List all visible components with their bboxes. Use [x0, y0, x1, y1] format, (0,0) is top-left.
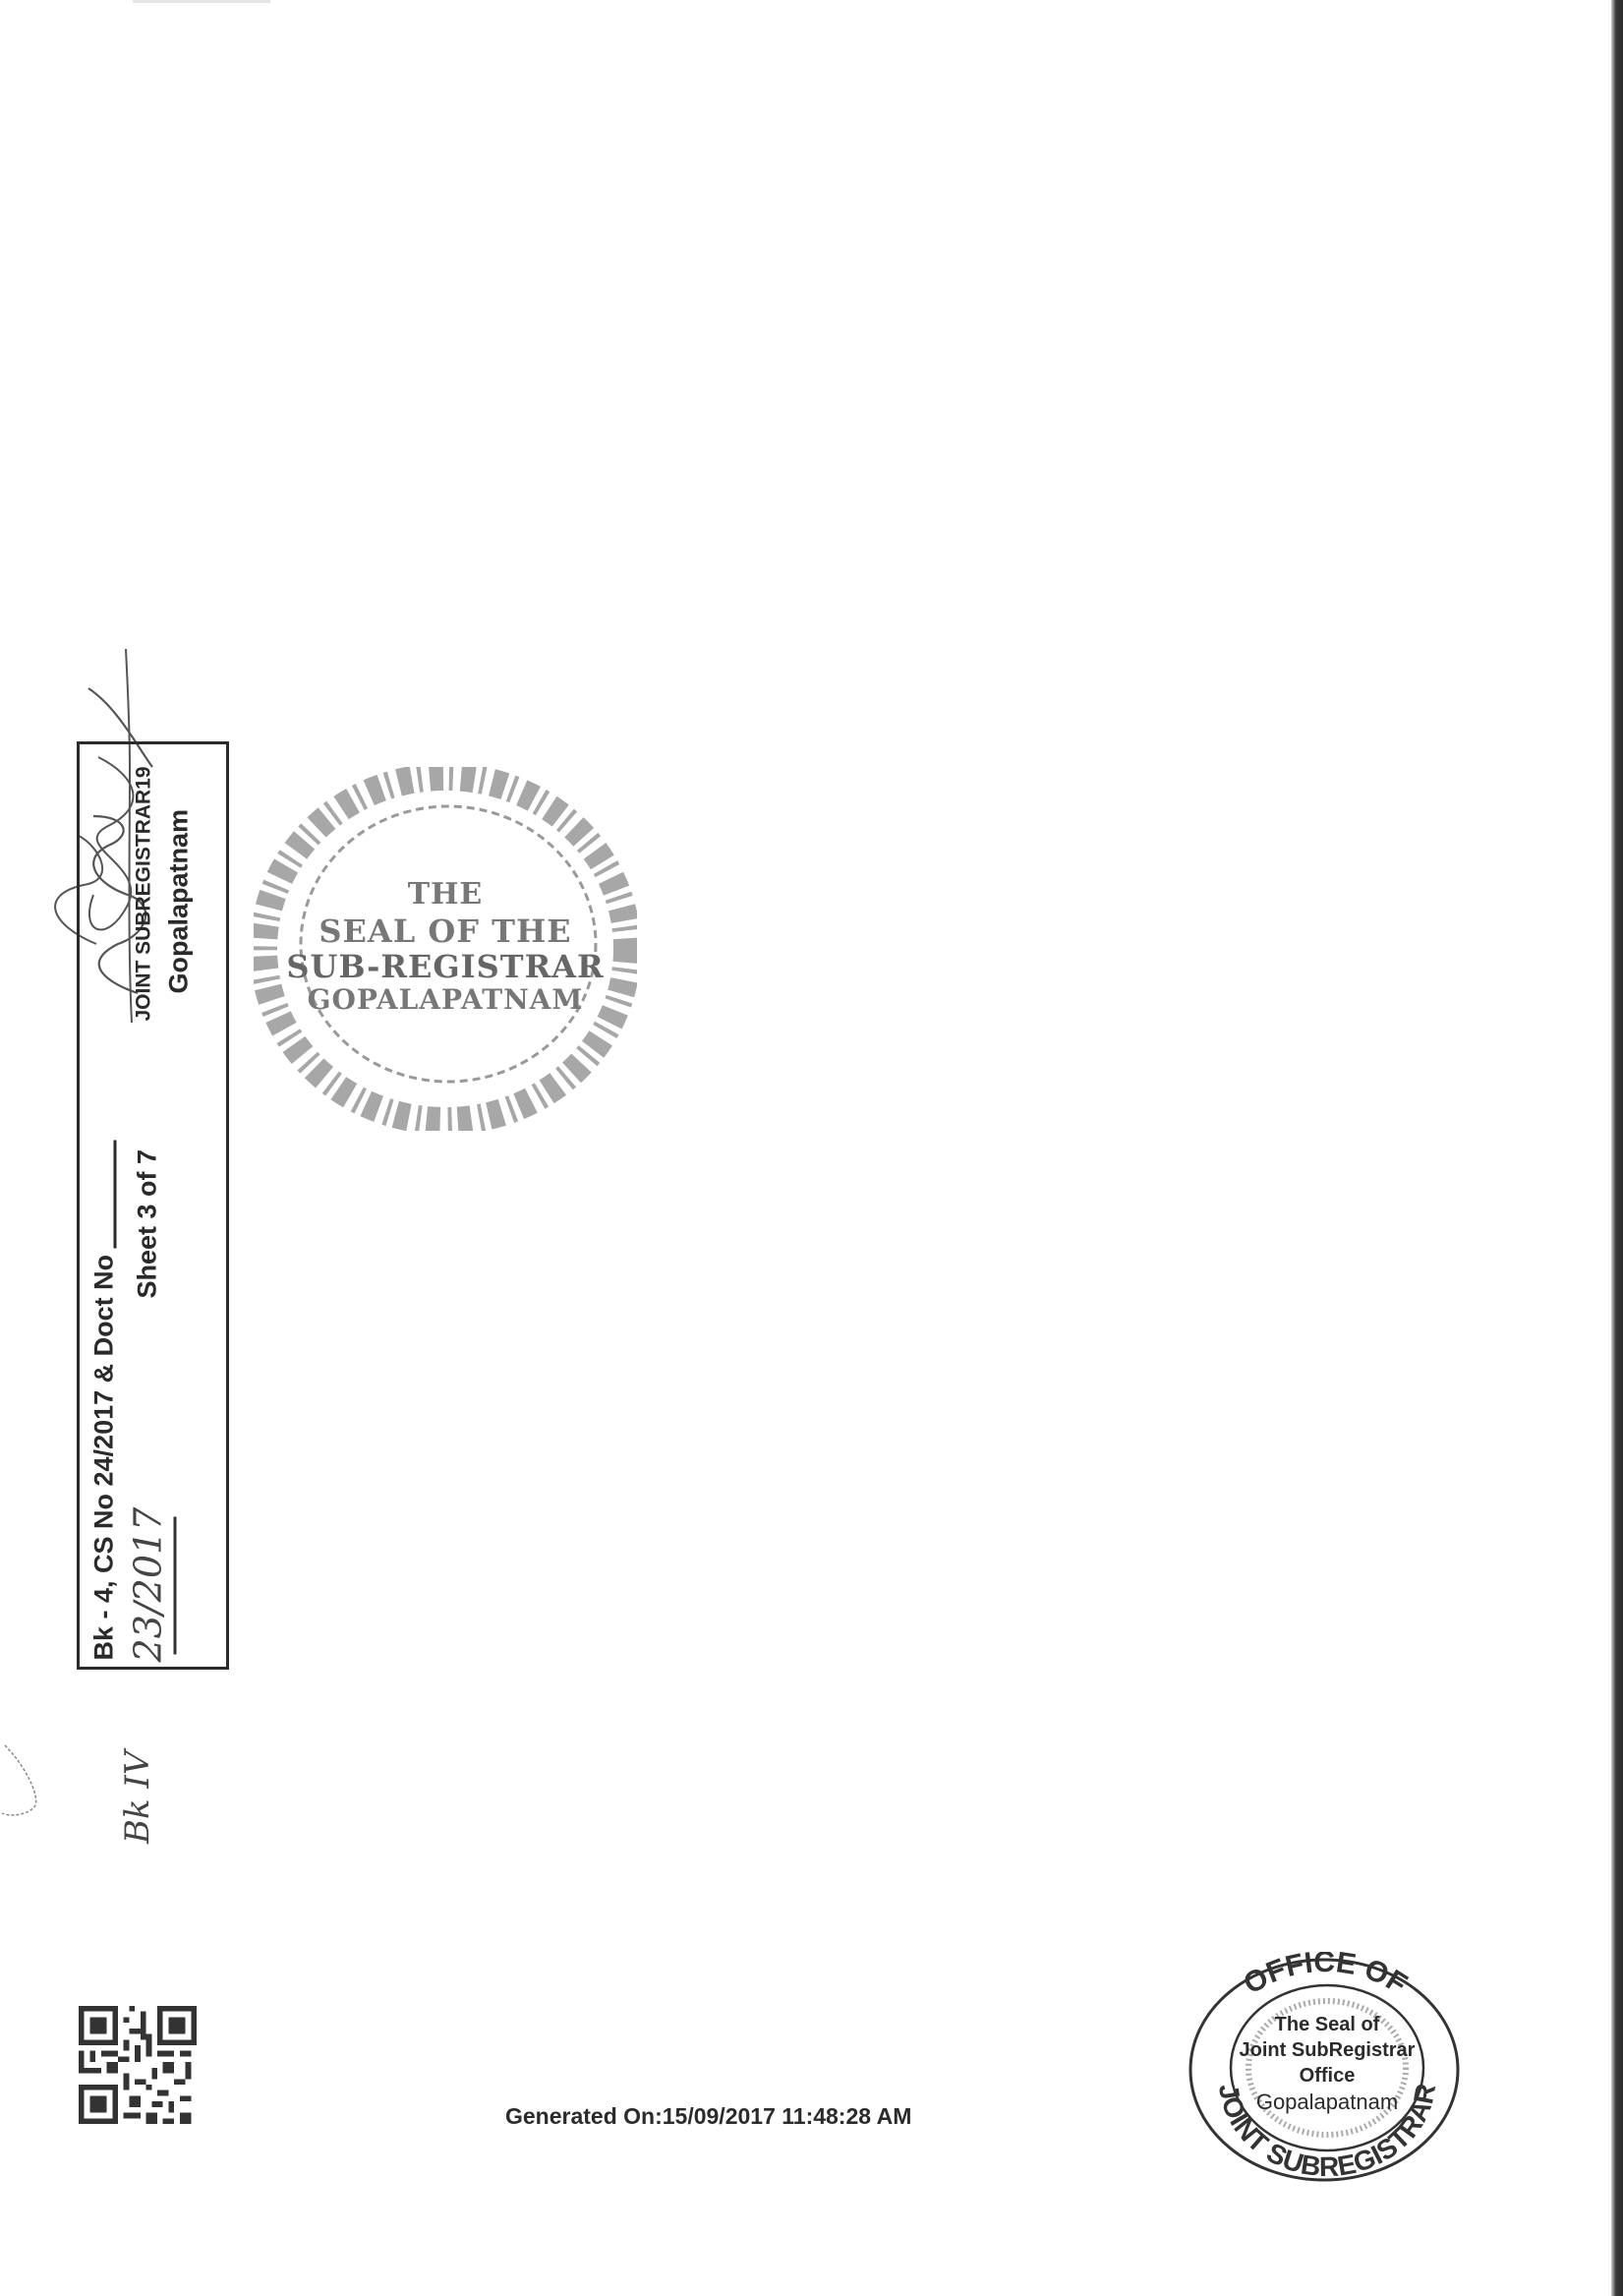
svg-text:Joint SubRegistrar: Joint SubRegistrar [1240, 2039, 1416, 2061]
endorsement-office-place: Gopalapatnam [163, 808, 194, 993]
office-seal-icon: OFFICE OF JOINT SUBREGISTRAR The Seal of… [1185, 1952, 1465, 2188]
svg-text:Office: Office [1300, 2065, 1356, 2087]
svg-text:OFFICE OF: OFFICE OF [1238, 1952, 1413, 2001]
page-edge-shadow [1611, 0, 1623, 2296]
endorsement-book-case-line: Bk - 4, CS No 24/2017 & Doct No [88, 1140, 119, 1660]
margin-curve-mark [0, 1740, 44, 1819]
qr-code-icon [79, 2006, 197, 2124]
endorsement-office-title: JOINT SUBREGISTRAR19 [132, 766, 155, 1021]
endorsement-content: Bk - 4, CS No 24/2017 & Doct No 23/2017 … [77, 741, 229, 1670]
handwritten-book-note: Bk IV [98, 1667, 177, 1844]
endorsement-sheet-label: Sheet 3 of 7 [132, 1148, 162, 1298]
handwritten-underline [173, 1516, 176, 1654]
handwritten-doc-number: 23/2017 [126, 1506, 169, 1662]
scan-artifact [133, 0, 270, 3]
office-seal-stamp: OFFICE OF JOINT SUBREGISTRAR The Seal of… [1185, 1952, 1465, 2188]
generated-timestamp: Generated On:15/09/2017 11:48:28 AM [505, 2103, 911, 2130]
svg-text:The Seal of: The Seal of [1275, 2014, 1380, 2035]
faded-subregistrar-seal: THE SEAL OF THE SUB-REGISTRAR GOPALAPATN… [254, 767, 637, 1131]
svg-text:Gopalapatnam: Gopalapatnam [1256, 2090, 1398, 2114]
